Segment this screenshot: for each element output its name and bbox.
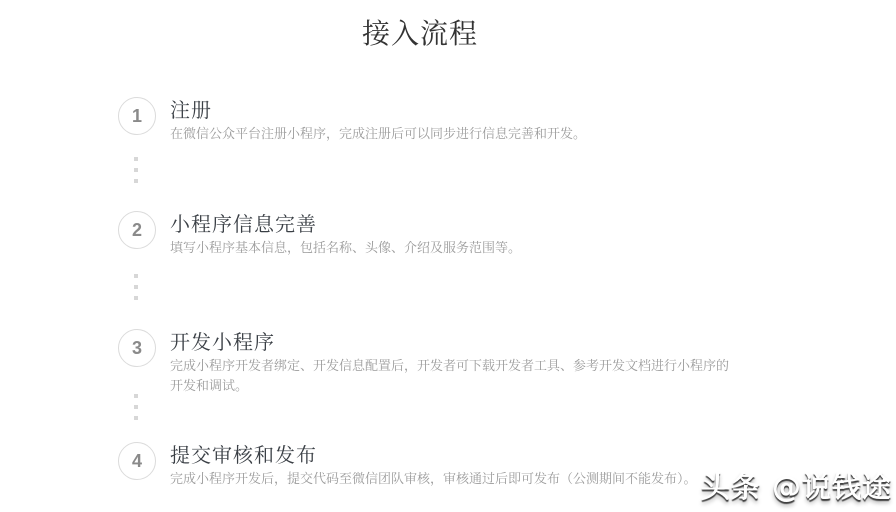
step-number-badge: 4 — [118, 442, 156, 480]
watermark: 头条 @说钱途 — [701, 465, 892, 506]
step-number-badge: 1 — [118, 97, 156, 135]
step-item-develop: 3 开发小程序 完成小程序开发者绑定、开发信息配置后，开发者可下载开发者工具、参… — [118, 329, 732, 397]
step-description: 在微信公众平台注册小程序，完成注册后可以同步进行信息完善和开发。 — [170, 125, 732, 145]
dot-icon — [134, 394, 138, 398]
step-description: 填写小程序基本信息，包括名称、头像、介绍及服务范围等。 — [170, 239, 732, 259]
access-process-page: 接入流程 1 注册 在微信公众平台注册小程序，完成注册后可以同步进行信息完善和开… — [0, 0, 896, 512]
step-content: 注册 在微信公众平台注册小程序，完成注册后可以同步进行信息完善和开发。 — [170, 97, 732, 145]
dot-icon — [134, 179, 138, 183]
step-number-badge: 2 — [118, 211, 156, 249]
step-content: 提交审核和发布 完成小程序开发后，提交代码至微信团队审核，审核通过后即可发布（公… — [170, 442, 732, 490]
dot-icon — [134, 157, 138, 161]
step-connector-dots — [134, 274, 138, 300]
step-title: 提交审核和发布 — [170, 443, 732, 467]
step-item-submit-release: 4 提交审核和发布 完成小程序开发后，提交代码至微信团队审核，审核通过后即可发布… — [118, 442, 732, 490]
step-title: 注册 — [170, 98, 732, 122]
dot-icon — [134, 285, 138, 289]
step-connector-dots — [134, 157, 138, 183]
step-content: 小程序信息完善 填写小程序基本信息，包括名称、头像、介绍及服务范围等。 — [170, 211, 732, 259]
step-item-register: 1 注册 在微信公众平台注册小程序，完成注册后可以同步进行信息完善和开发。 — [118, 97, 732, 145]
step-description: 完成小程序开发后，提交代码至微信团队审核，审核通过后即可发布（公测期间不能发布）… — [170, 470, 732, 490]
dot-icon — [134, 296, 138, 300]
dot-icon — [134, 168, 138, 172]
step-number-badge: 3 — [118, 329, 156, 367]
dot-icon — [134, 405, 138, 409]
page-title: 接入流程 — [0, 16, 840, 52]
step-title: 开发小程序 — [170, 330, 732, 354]
dot-icon — [134, 416, 138, 420]
step-content: 开发小程序 完成小程序开发者绑定、开发信息配置后，开发者可下载开发者工具、参考开… — [170, 329, 732, 397]
step-title: 小程序信息完善 — [170, 212, 732, 236]
step-description: 完成小程序开发者绑定、开发信息配置后，开发者可下载开发者工具、参考开发文档进行小… — [170, 357, 732, 397]
step-item-info-completion: 2 小程序信息完善 填写小程序基本信息，包括名称、头像、介绍及服务范围等。 — [118, 211, 732, 259]
step-connector-dots — [134, 394, 138, 420]
dot-icon — [134, 274, 138, 278]
